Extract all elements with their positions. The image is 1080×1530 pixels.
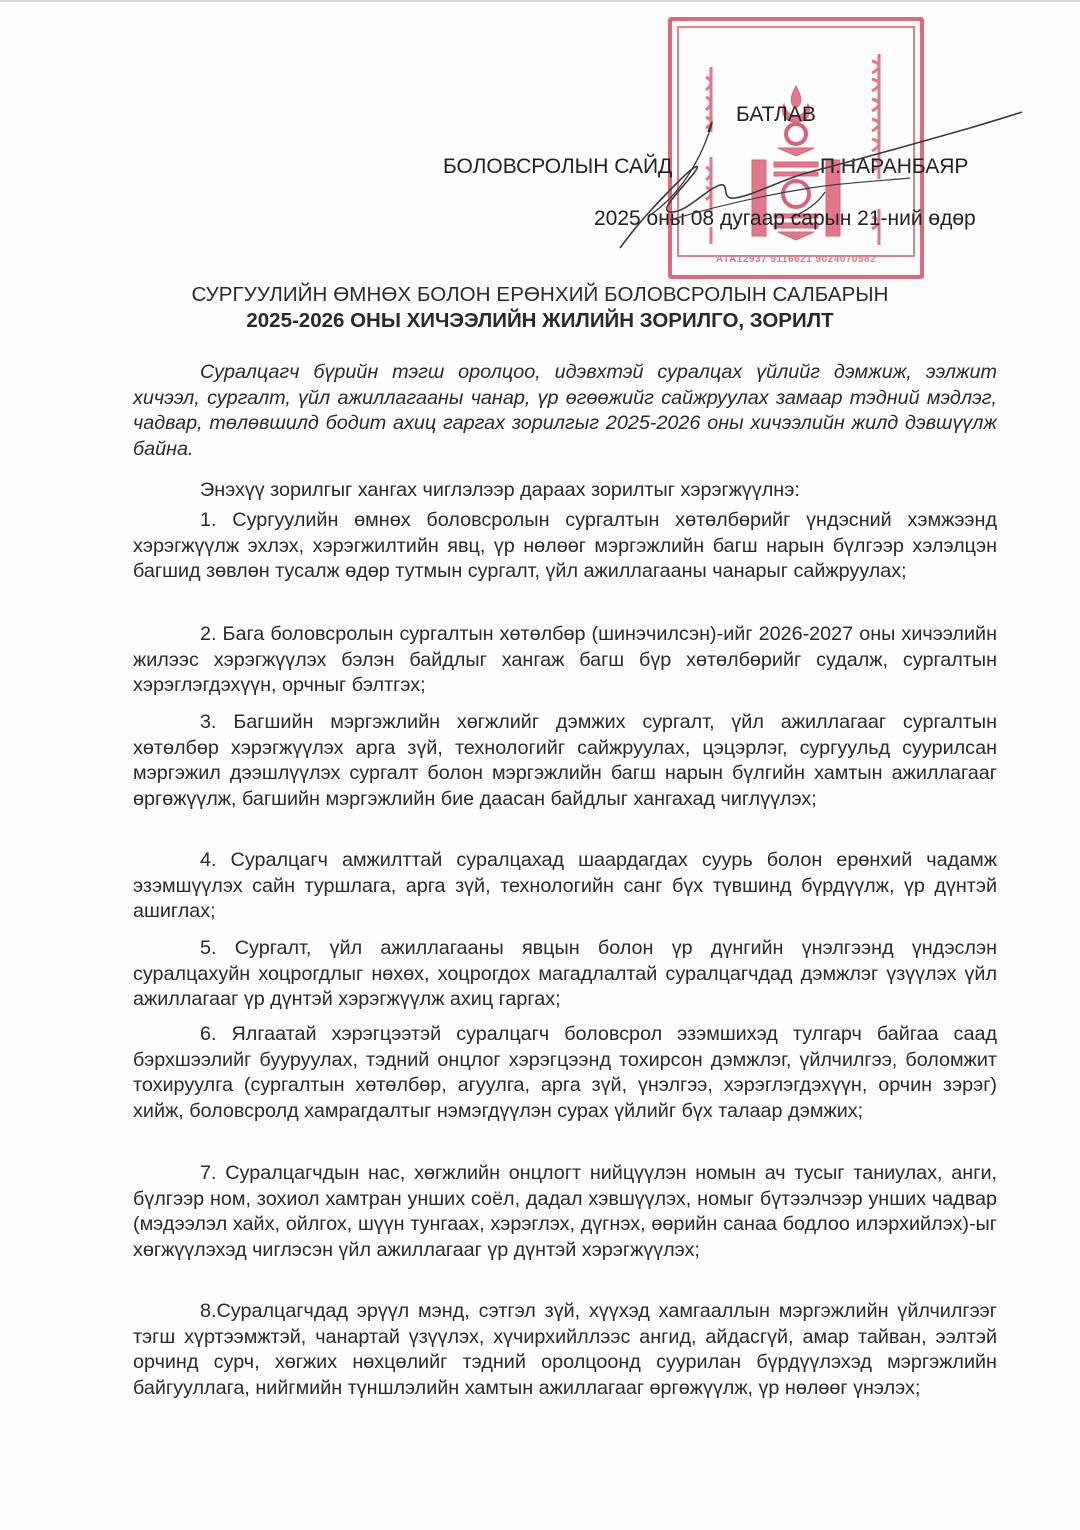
objective-item-7: 7. Суралцагчдын нас, хөгжлийн онцлогт ни… [133,1161,997,1263]
objective-item-6: 6. Ялгаатай хэрэгцээтэй суралцагч боловс… [133,1022,997,1124]
objective-item-2: 2. Бага боловсролын сургалтын хөтөлбөр (… [133,622,997,699]
signature-icon [610,100,1030,260]
page-edge [0,0,1080,2]
objective-item-4: 4. Суралцагч амжилттай суралцахад шаарда… [133,848,997,925]
document-title-line-1: СУРГУУЛИЙН ӨМНӨХ БОЛОН ЕРӨНХИЙ БОЛОВСРОЛ… [0,283,1080,307]
lead-paragraph: Энэхүү зорилгыг хангах чиглэлээр дараах … [133,478,997,504]
objective-item-5: 5. Сургалт, үйл ажиллагааны явцын болон … [133,936,997,1013]
objective-item-8: 8.Суралцагчдад эрүүл мэнд, сэтгэл зүй, х… [133,1299,997,1401]
objective-item-3: 3. Багшийн мэргэжлийн хөгжлийг дэмжих су… [133,710,997,812]
document-page: АТА12937 9116621 9024070582 БАТЛАВ БОЛОВ… [0,0,1080,1530]
intro-paragraph: Суралцагч бүрийн тэгш оролцоо, идэвхтэй … [133,360,997,462]
document-title-line-2: 2025-2026 ОНЫ ХИЧЭЭЛИЙН ЖИЛИЙН ЗОРИЛГО, … [0,309,1080,333]
objective-item-1: 1. Сургуулийн өмнөх боловсролын сургалты… [133,508,997,585]
